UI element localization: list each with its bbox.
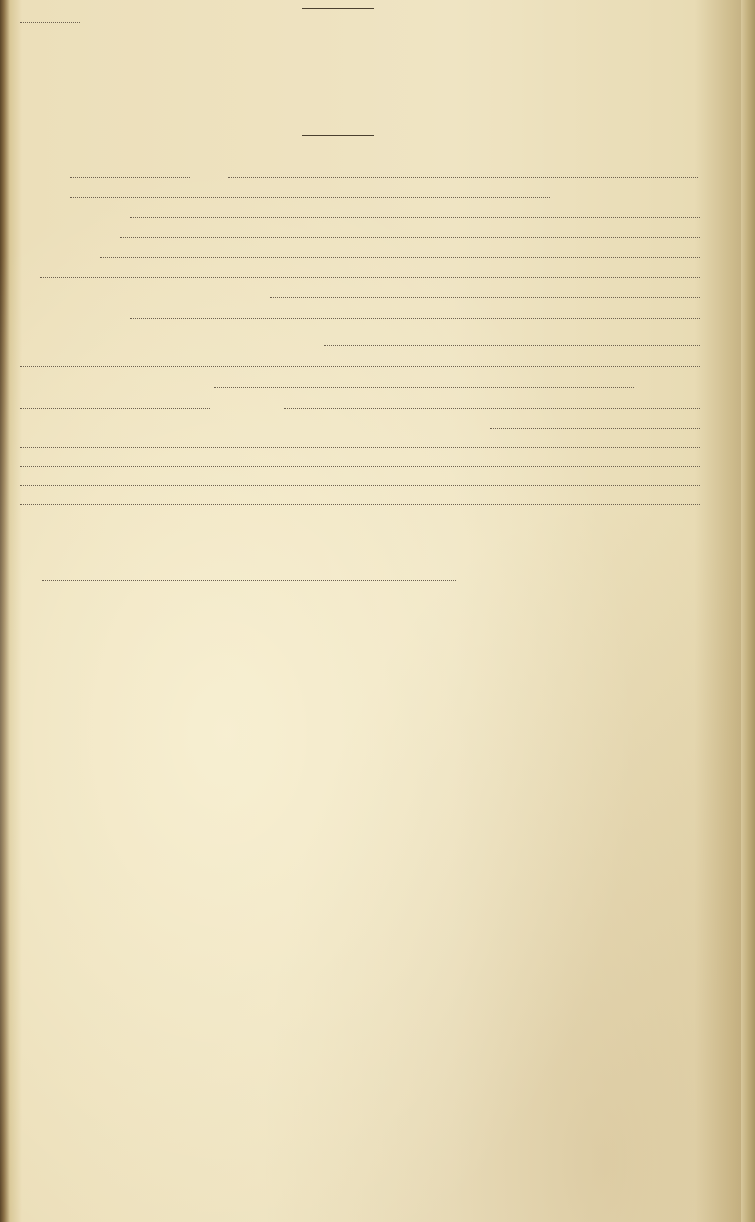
arched-title <box>80 10 600 130</box>
document-page <box>0 0 755 1222</box>
binding-edge <box>741 0 755 1222</box>
